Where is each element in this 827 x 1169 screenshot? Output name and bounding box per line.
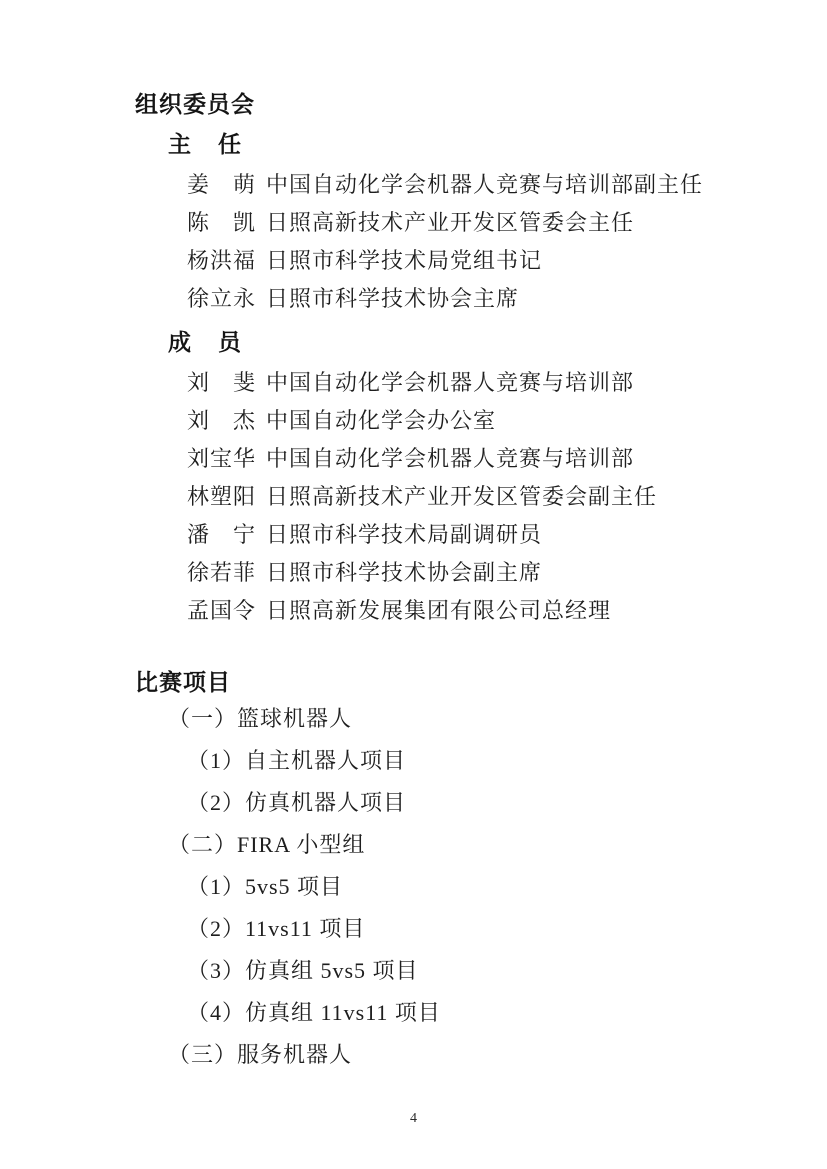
member-row: 刘宝华中国自动化学会机器人竞赛与培训部 <box>187 440 767 478</box>
member-row: 刘 斐中国自动化学会机器人竞赛与培训部 <box>187 364 767 402</box>
member-name: 刘 杰 <box>187 402 256 440</box>
member-role: 日照市科学技术局副调研员 <box>266 522 542 547</box>
member-name: 陈 凯 <box>187 204 256 242</box>
member-role: 中国自动化学会机器人竞赛与培训部副主任 <box>266 172 703 197</box>
event-item: （3）仿真组 5vs5 项目 <box>187 950 767 992</box>
member-role: 日照市科学技术协会主席 <box>266 286 519 311</box>
event-item: （1）5vs5 项目 <box>187 866 767 908</box>
member-row: 杨洪福日照市科学技术局党组书记 <box>187 242 767 280</box>
event-item: （一）篮球机器人 <box>168 698 767 740</box>
member-row: 孟国令日照高新发展集团有限公司总经理 <box>187 592 767 630</box>
member-role: 中国自动化学会机器人竞赛与培训部 <box>266 370 634 395</box>
page-number: 4 <box>0 1111 827 1127</box>
member-row: 徐立永日照市科学技术协会主席 <box>187 280 767 318</box>
event-item: （1）自主机器人项目 <box>187 740 767 782</box>
member-role: 日照高新技术产业开发区管委会主任 <box>266 210 634 235</box>
document-page: 组织委员会 主 任 姜 萌中国自动化学会机器人竞赛与培训部副主任 陈 凯日照高新… <box>0 0 827 1169</box>
member-role: 日照高新技术产业开发区管委会副主任 <box>266 484 657 509</box>
member-name: 潘 宁 <box>187 516 256 554</box>
group-heading-members: 成 员 <box>168 326 767 358</box>
member-name: 杨洪福 <box>187 242 256 280</box>
member-row: 刘 杰中国自动化学会办公室 <box>187 402 767 440</box>
committee-section: 组织委员会 主 任 姜 萌中国自动化学会机器人竞赛与培训部副主任 陈 凯日照高新… <box>135 88 767 630</box>
event-item: （2）仿真机器人项目 <box>187 782 767 824</box>
events-section-title: 比赛项目 <box>135 666 767 698</box>
events-section: 比赛项目 （一）篮球机器人 （1）自主机器人项目 （2）仿真机器人项目 （二）F… <box>135 666 767 1076</box>
member-role: 中国自动化学会机器人竞赛与培训部 <box>266 446 634 471</box>
member-row: 徐若菲日照市科学技术协会副主席 <box>187 554 767 592</box>
member-role: 日照市科学技术协会副主席 <box>266 560 542 585</box>
event-item: （4）仿真组 11vs11 项目 <box>187 992 767 1034</box>
member-name: 林塑阳 <box>187 478 256 516</box>
group-heading-directors: 主 任 <box>168 128 767 160</box>
event-item: （三）服务机器人 <box>168 1034 767 1076</box>
member-name: 孟国令 <box>187 592 256 630</box>
member-name: 刘宝华 <box>187 440 256 478</box>
event-item: （二）FIRA 小型组 <box>168 824 767 866</box>
member-row: 陈 凯日照高新技术产业开发区管委会主任 <box>187 204 767 242</box>
member-role: 日照高新发展集团有限公司总经理 <box>266 598 611 623</box>
member-name: 刘 斐 <box>187 364 256 402</box>
member-role: 日照市科学技术局党组书记 <box>266 248 542 273</box>
event-item: （2）11vs11 项目 <box>187 908 767 950</box>
member-row: 姜 萌中国自动化学会机器人竞赛与培训部副主任 <box>187 166 767 204</box>
member-row: 潘 宁日照市科学技术局副调研员 <box>187 516 767 554</box>
member-name: 徐立永 <box>187 280 256 318</box>
member-name: 姜 萌 <box>187 166 256 204</box>
member-role: 中国自动化学会办公室 <box>266 408 496 433</box>
member-name: 徐若菲 <box>187 554 256 592</box>
committee-section-title: 组织委员会 <box>135 88 767 120</box>
member-row: 林塑阳日照高新技术产业开发区管委会副主任 <box>187 478 767 516</box>
